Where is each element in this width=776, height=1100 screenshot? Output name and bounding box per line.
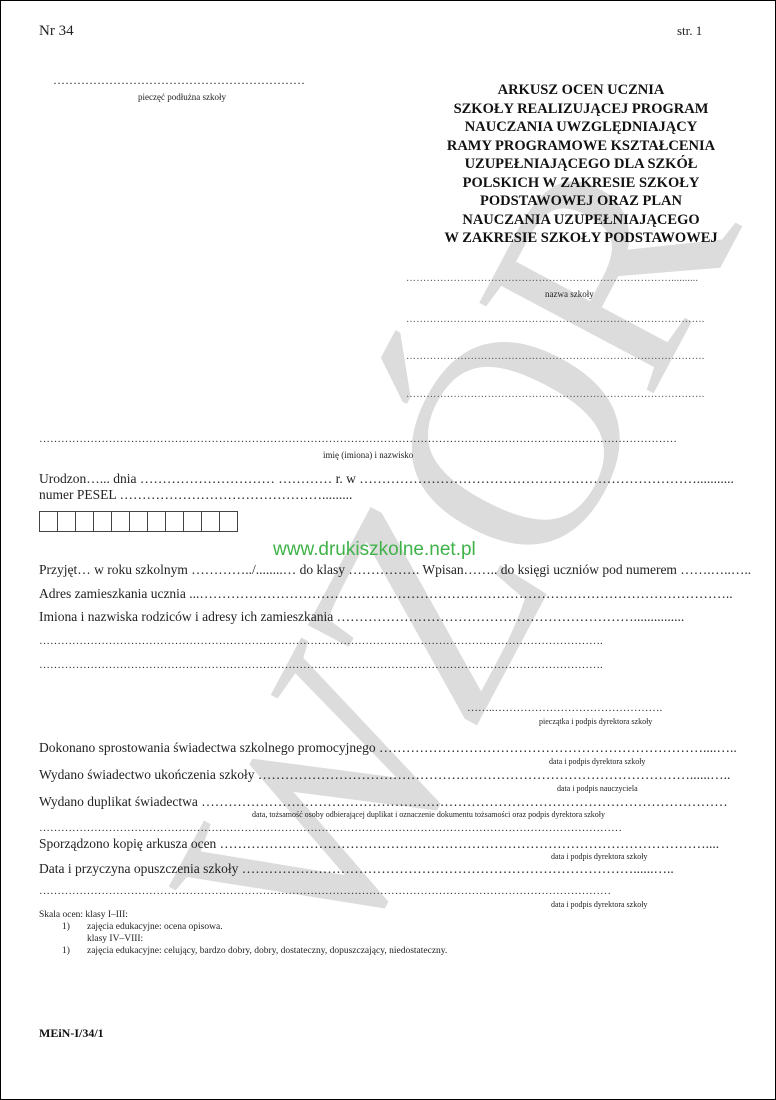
form-number: Nr 34 bbox=[39, 23, 74, 40]
parents-field[interactable]: Imiona i nazwiska rodziców i adresy ich … bbox=[39, 609, 684, 625]
pesel-boxes[interactable] bbox=[39, 511, 238, 532]
pesel-digit-box[interactable] bbox=[184, 511, 202, 532]
school-address-field-2[interactable]: ……………………………………………………………………………. bbox=[406, 351, 705, 362]
copy-made-label: data i podpis dyrektora szkoły bbox=[551, 852, 647, 861]
leaving-school-field[interactable]: Data i przyczyna opuszczenia szkoły …………… bbox=[39, 861, 674, 877]
grading-item-text: zajęcia edukacyjne: celujący, bardzo dob… bbox=[87, 946, 447, 956]
school-address-field-3[interactable]: ……………………………………………………………………………. bbox=[406, 389, 705, 400]
pesel-digit-box[interactable] bbox=[130, 511, 148, 532]
pesel-digit-box[interactable] bbox=[166, 511, 184, 532]
student-address-field[interactable]: Adres zamieszkania ucznia ...……………………………… bbox=[39, 586, 733, 602]
parents-field-continued-1[interactable]: …………………………………………………………………………………………………………… bbox=[39, 635, 603, 647]
document-title: ARKUSZ OCEN UCZNIA SZKOŁY REALIZUJĄCEJ P… bbox=[431, 81, 731, 248]
pesel-digit-box[interactable] bbox=[148, 511, 166, 532]
parents-field-continued-2[interactable]: …………………………………………………………………………………………………………… bbox=[39, 659, 603, 671]
grading-item-number: 1) bbox=[62, 946, 70, 956]
website-watermark: www.drukiszkolne.net.pl bbox=[273, 539, 476, 561]
title-line: UZUPEŁNIAJĄCEGO DLA SZKÓŁ bbox=[431, 155, 731, 174]
grading-scale-heading: Skala ocen: klasy I–III: bbox=[39, 910, 128, 920]
birth-date-place-field[interactable]: Urodzon…... dnia ………………………… ………… r. w ……… bbox=[39, 471, 734, 487]
director-signature-label: pieczątka i podpis dyrektora szkoły bbox=[539, 717, 652, 726]
pesel-digit-box[interactable] bbox=[220, 511, 238, 532]
pesel-digit-box[interactable] bbox=[202, 511, 220, 532]
student-name-label: imię (imiona) i nazwisko bbox=[323, 450, 413, 460]
pesel-digit-box[interactable] bbox=[58, 511, 76, 532]
school-name-label: nazwa szkoły bbox=[545, 289, 594, 299]
title-line: W ZAKRESIE SZKOŁY PODSTAWOWEJ bbox=[431, 229, 731, 248]
pesel-digit-box[interactable] bbox=[40, 511, 58, 532]
certificate-correction-label: data i podpis dyrektora szkoły bbox=[549, 757, 645, 766]
title-line: SZKOŁY REALIZUJĄCEJ PROGRAM bbox=[431, 100, 731, 119]
title-line: PODSTAWOWEJ ORAZ PLAN bbox=[431, 192, 731, 211]
duplicate-certificate-continued[interactable]: …………………………………………………………………………………………………………… bbox=[39, 822, 622, 834]
grading-item-number: 1) bbox=[62, 922, 70, 932]
school-address-field-1[interactable]: ……………………………………………………………………………. bbox=[406, 314, 705, 325]
form-content: Nr 34 str. 1 ……………………………………………………… piecz… bbox=[1, 1, 775, 1099]
leaving-school-label: data i podpis dyrektora szkoły bbox=[551, 900, 647, 909]
title-line: NAUCZANIA UZUPEŁNIAJĄCEGO bbox=[431, 211, 731, 230]
pesel-digit-box[interactable] bbox=[76, 511, 94, 532]
form-page: WZÓR Nr 34 str. 1 ……………………………………………………… … bbox=[0, 0, 776, 1100]
director-signature-field[interactable]: ……..………………………………………. bbox=[467, 702, 662, 714]
graduation-certificate-label: data i podpis nauczyciela bbox=[557, 784, 638, 793]
title-line: NAUCZANIA UWZGLĘDNIAJĄCY bbox=[431, 118, 731, 137]
student-name-field[interactable]: …………………………………………………………………………………………………………… bbox=[39, 433, 677, 445]
duplicate-certificate-label: data, tożsamość osoby odbierającej dupli… bbox=[252, 810, 605, 819]
copy-made-field[interactable]: Sporządzono kopię arkusza ocen ………………………… bbox=[39, 836, 719, 852]
grading-item-text: zajęcia edukacyjne: ocena opisowa. bbox=[87, 922, 223, 932]
title-line: RAMY PROGRAMOWE KSZTAŁCENIA bbox=[431, 137, 731, 156]
school-name-field[interactable]: …………………………………………………………………….......... bbox=[406, 273, 698, 284]
title-line: POLSKICH W ZAKRESIE SZKOŁY bbox=[431, 174, 731, 193]
pesel-digit-box[interactable] bbox=[94, 511, 112, 532]
certificate-correction-field[interactable]: Dokonano sprostowania świadectwa szkolne… bbox=[39, 740, 737, 756]
duplicate-certificate-field[interactable]: Wydano duplikat świadectwa …………………………………… bbox=[39, 794, 728, 810]
leaving-school-continued[interactable]: …………………………………………………………………………………………………………… bbox=[39, 885, 611, 897]
admission-field[interactable]: Przyjęt… w roku szkolnym …………../........… bbox=[39, 562, 751, 578]
title-line: ARKUSZ OCEN UCZNIA bbox=[431, 81, 731, 100]
page-number: str. 1 bbox=[677, 23, 702, 39]
school-stamp-label: pieczęć podłużna szkoły bbox=[138, 92, 226, 102]
pesel-digit-box[interactable] bbox=[112, 511, 130, 532]
school-stamp-field[interactable]: ……………………………………………………… bbox=[53, 73, 305, 88]
form-code: MEiN-I/34/1 bbox=[39, 1026, 104, 1041]
graduation-certificate-field[interactable]: Wydano świadectwo ukończenia szkoły …………… bbox=[39, 767, 730, 783]
pesel-field[interactable]: numer PESEL ………………………………………......... bbox=[39, 487, 352, 503]
grading-subheading: klasy IV–VIII: bbox=[87, 934, 143, 944]
